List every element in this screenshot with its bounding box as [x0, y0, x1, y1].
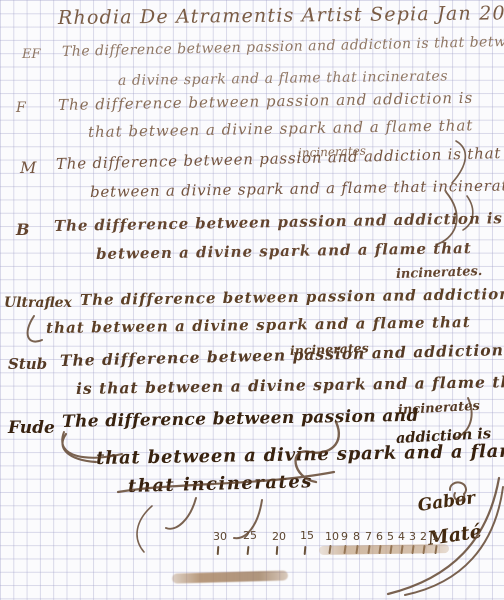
handwriting-line: The difference between passion and addic… [54, 210, 504, 234]
dry-time-number: 5 [387, 531, 394, 542]
handwriting-line: that between a divine spark and a flame … [46, 315, 471, 336]
handwriting-line: The difference between passion and addic… [58, 91, 473, 113]
handwriting-line: The difference between passion and addic… [60, 342, 504, 368]
section-label-m: M [20, 160, 36, 176]
ink-swab-smear [172, 570, 288, 583]
handwriting-line: between a divine spark and a flame that [96, 241, 472, 262]
dry-time-number: 4 [398, 531, 405, 542]
handwriting-line: The difference between passion and addic… [56, 146, 502, 172]
dry-time-number: 9 [341, 531, 348, 542]
dry-time-number: 6 [376, 531, 383, 542]
handwriting-line: incinerates. [396, 265, 483, 281]
dry-time-number: 25 [243, 530, 257, 541]
graph-paper-page: Rhodia De Atramentis Artist Sepia Jan 20… [0, 0, 504, 600]
flourish-stroke [166, 498, 196, 529]
handwriting-line: a divine spark and a flame that incinera… [118, 69, 448, 88]
dry-time-number: 3 [409, 531, 416, 542]
handwriting-line: The difference between passion and addic… [62, 34, 504, 59]
section-label-stub: Stub [8, 357, 47, 372]
dry-time-number: 15 [300, 530, 314, 541]
dry-time-smudge-band [319, 544, 449, 555]
section-label-fude: Fude [8, 420, 55, 437]
dry-time-number: 2 [420, 531, 427, 542]
dry-time-number: 30 [213, 531, 227, 542]
dry-time-number: 10 [325, 531, 339, 542]
dry-time-number: 8 [353, 531, 360, 542]
section-label-ultraflex: Ultraflex [4, 296, 72, 310]
flourish-stroke [28, 316, 42, 342]
tick-mark [276, 546, 278, 555]
page-title: Rhodia De Atramentis Artist Sepia Jan 20… [58, 4, 504, 28]
tick-mark [217, 546, 219, 555]
handwriting-line: is that between a divine spark and a fla… [76, 374, 504, 397]
flourish-stroke [137, 506, 152, 552]
dry-time-number: 7 [365, 531, 372, 542]
dry-time-number: 20 [272, 531, 286, 542]
handwriting-line: The difference between passion and addic… [80, 287, 504, 308]
handwriting-line: that between a divine spark and a flame … [88, 118, 474, 140]
handwriting-line: The difference between passion and [62, 408, 419, 431]
handwriting-line: that between a divine spark and a flame [96, 442, 504, 468]
signature-author-first-name: Gabor [417, 490, 477, 515]
section-label-f: F [16, 101, 26, 115]
handwriting-line: between a divine spark and a flame that … [90, 178, 504, 200]
handwriting-line: that incinerates [128, 473, 313, 496]
section-label-ef: EF [22, 48, 41, 61]
flourish-stroke [63, 434, 96, 462]
tick-mark [304, 546, 306, 555]
dry-time-number: 1 [432, 531, 439, 542]
section-label-b: B [16, 222, 30, 238]
tick-mark [247, 546, 250, 555]
